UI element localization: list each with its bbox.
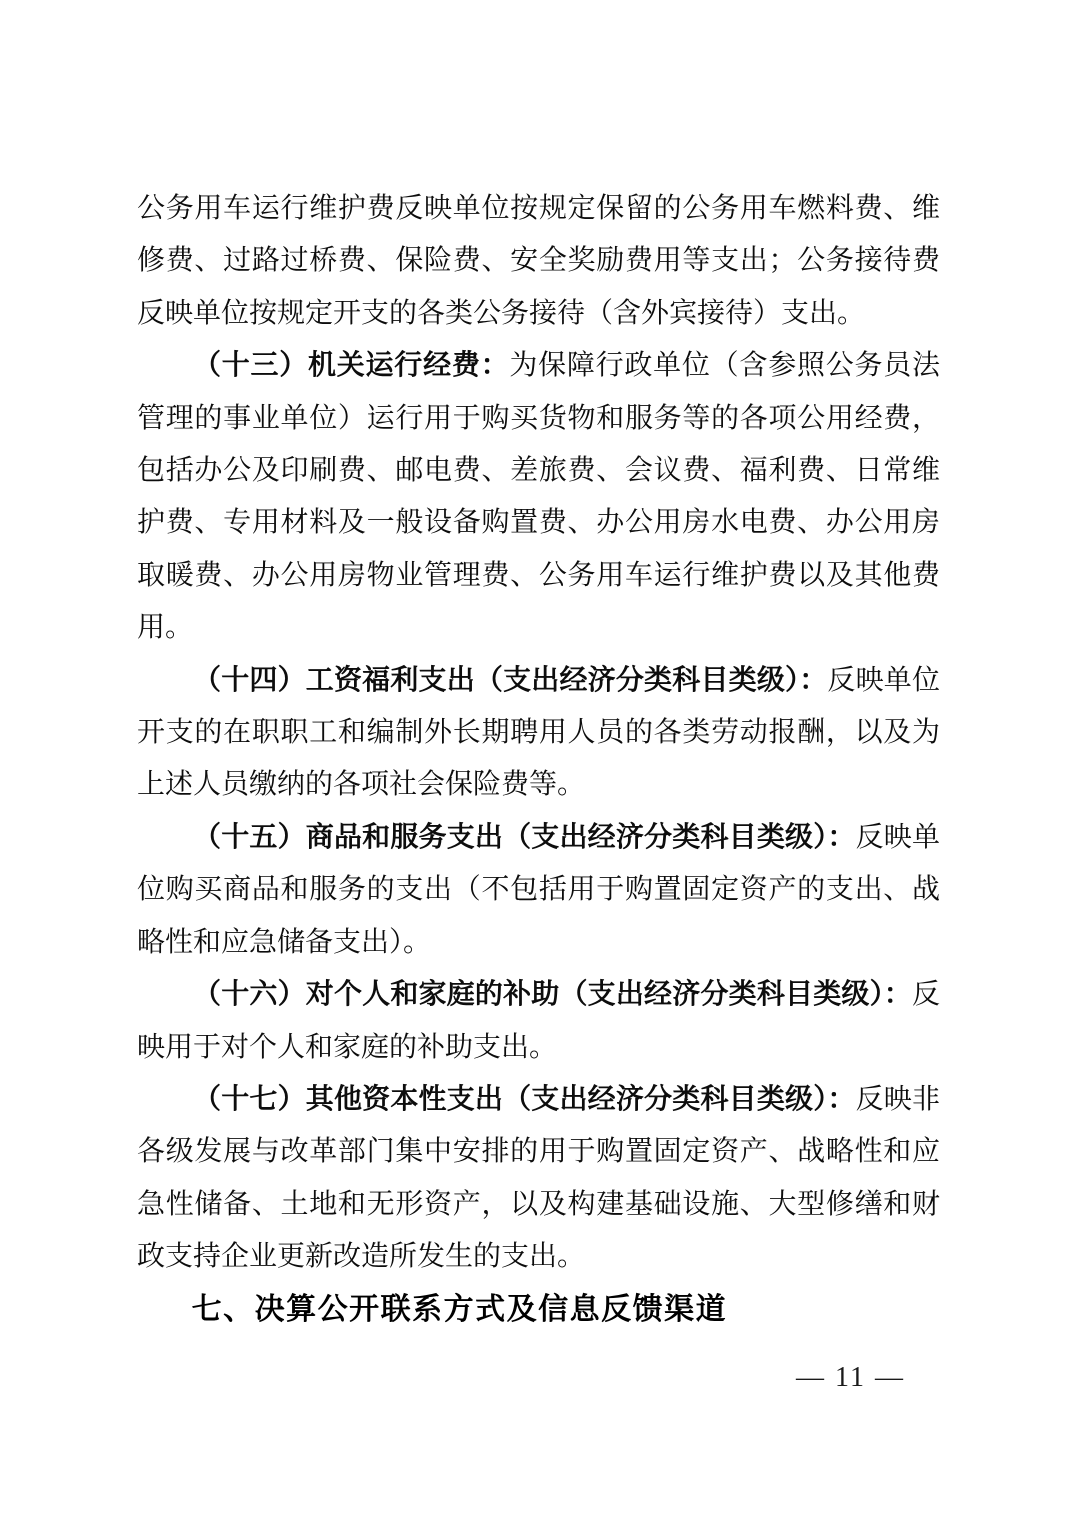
paragraph-lead: （十三）机关运行经费： <box>193 350 509 381</box>
paragraph: （十六）对个人和家庭的补助（支出经济分类科目类级）：反映用于对个人和家庭的补助支… <box>137 969 940 1074</box>
paragraph: 公务用车运行维护费反映单位按规定保留的公务用车燃料费、维修费、过路过桥费、保险费… <box>137 183 940 340</box>
document-body: 公务用车运行维护费反映单位按规定保留的公务用车燃料费、维修费、过路过桥费、保险费… <box>137 183 940 1336</box>
document-page: 公务用车运行维护费反映单位按规定保留的公务用车燃料费、维修费、过路过桥费、保险费… <box>0 0 1075 1520</box>
paragraph: （十五）商品和服务支出（支出经济分类科目类级）：反映单位购买商品和服务的支出（不… <box>137 812 940 969</box>
paragraph-lead: （十四）工资福利支出（支出经济分类科目类级）： <box>193 665 827 696</box>
paragraph-lead: （十七）其他资本性支出（支出经济分类科目类级）： <box>193 1084 856 1115</box>
paragraph-text: 公务用车运行维护费反映单位按规定保留的公务用车燃料费、维修费、过路过桥费、保险费… <box>137 193 940 329</box>
paragraph: （十四）工资福利支出（支出经济分类科目类级）：反映单位开支的在职职工和编制外长期… <box>137 655 940 812</box>
paragraph: （十七）其他资本性支出（支出经济分类科目类级）：反映非各级发展与改革部门集中安排… <box>137 1074 940 1284</box>
paragraph-text: 为保障行政单位（含参照公务员法管理的事业单位）运行用于购买货物和服务等的各项公用… <box>137 350 940 643</box>
paragraph-lead: （十六）对个人和家庭的补助（支出经济分类科目类级）： <box>193 979 912 1010</box>
page-number: — 11 — <box>796 1362 905 1394</box>
paragraph: （十三）机关运行经费：为保障行政单位（含参照公务员法管理的事业单位）运行用于购买… <box>137 340 940 654</box>
section-heading: 七、决算公开联系方式及信息反馈渠道 <box>137 1284 940 1336</box>
paragraph-lead: （十五）商品和服务支出（支出经济分类科目类级）： <box>193 822 856 853</box>
